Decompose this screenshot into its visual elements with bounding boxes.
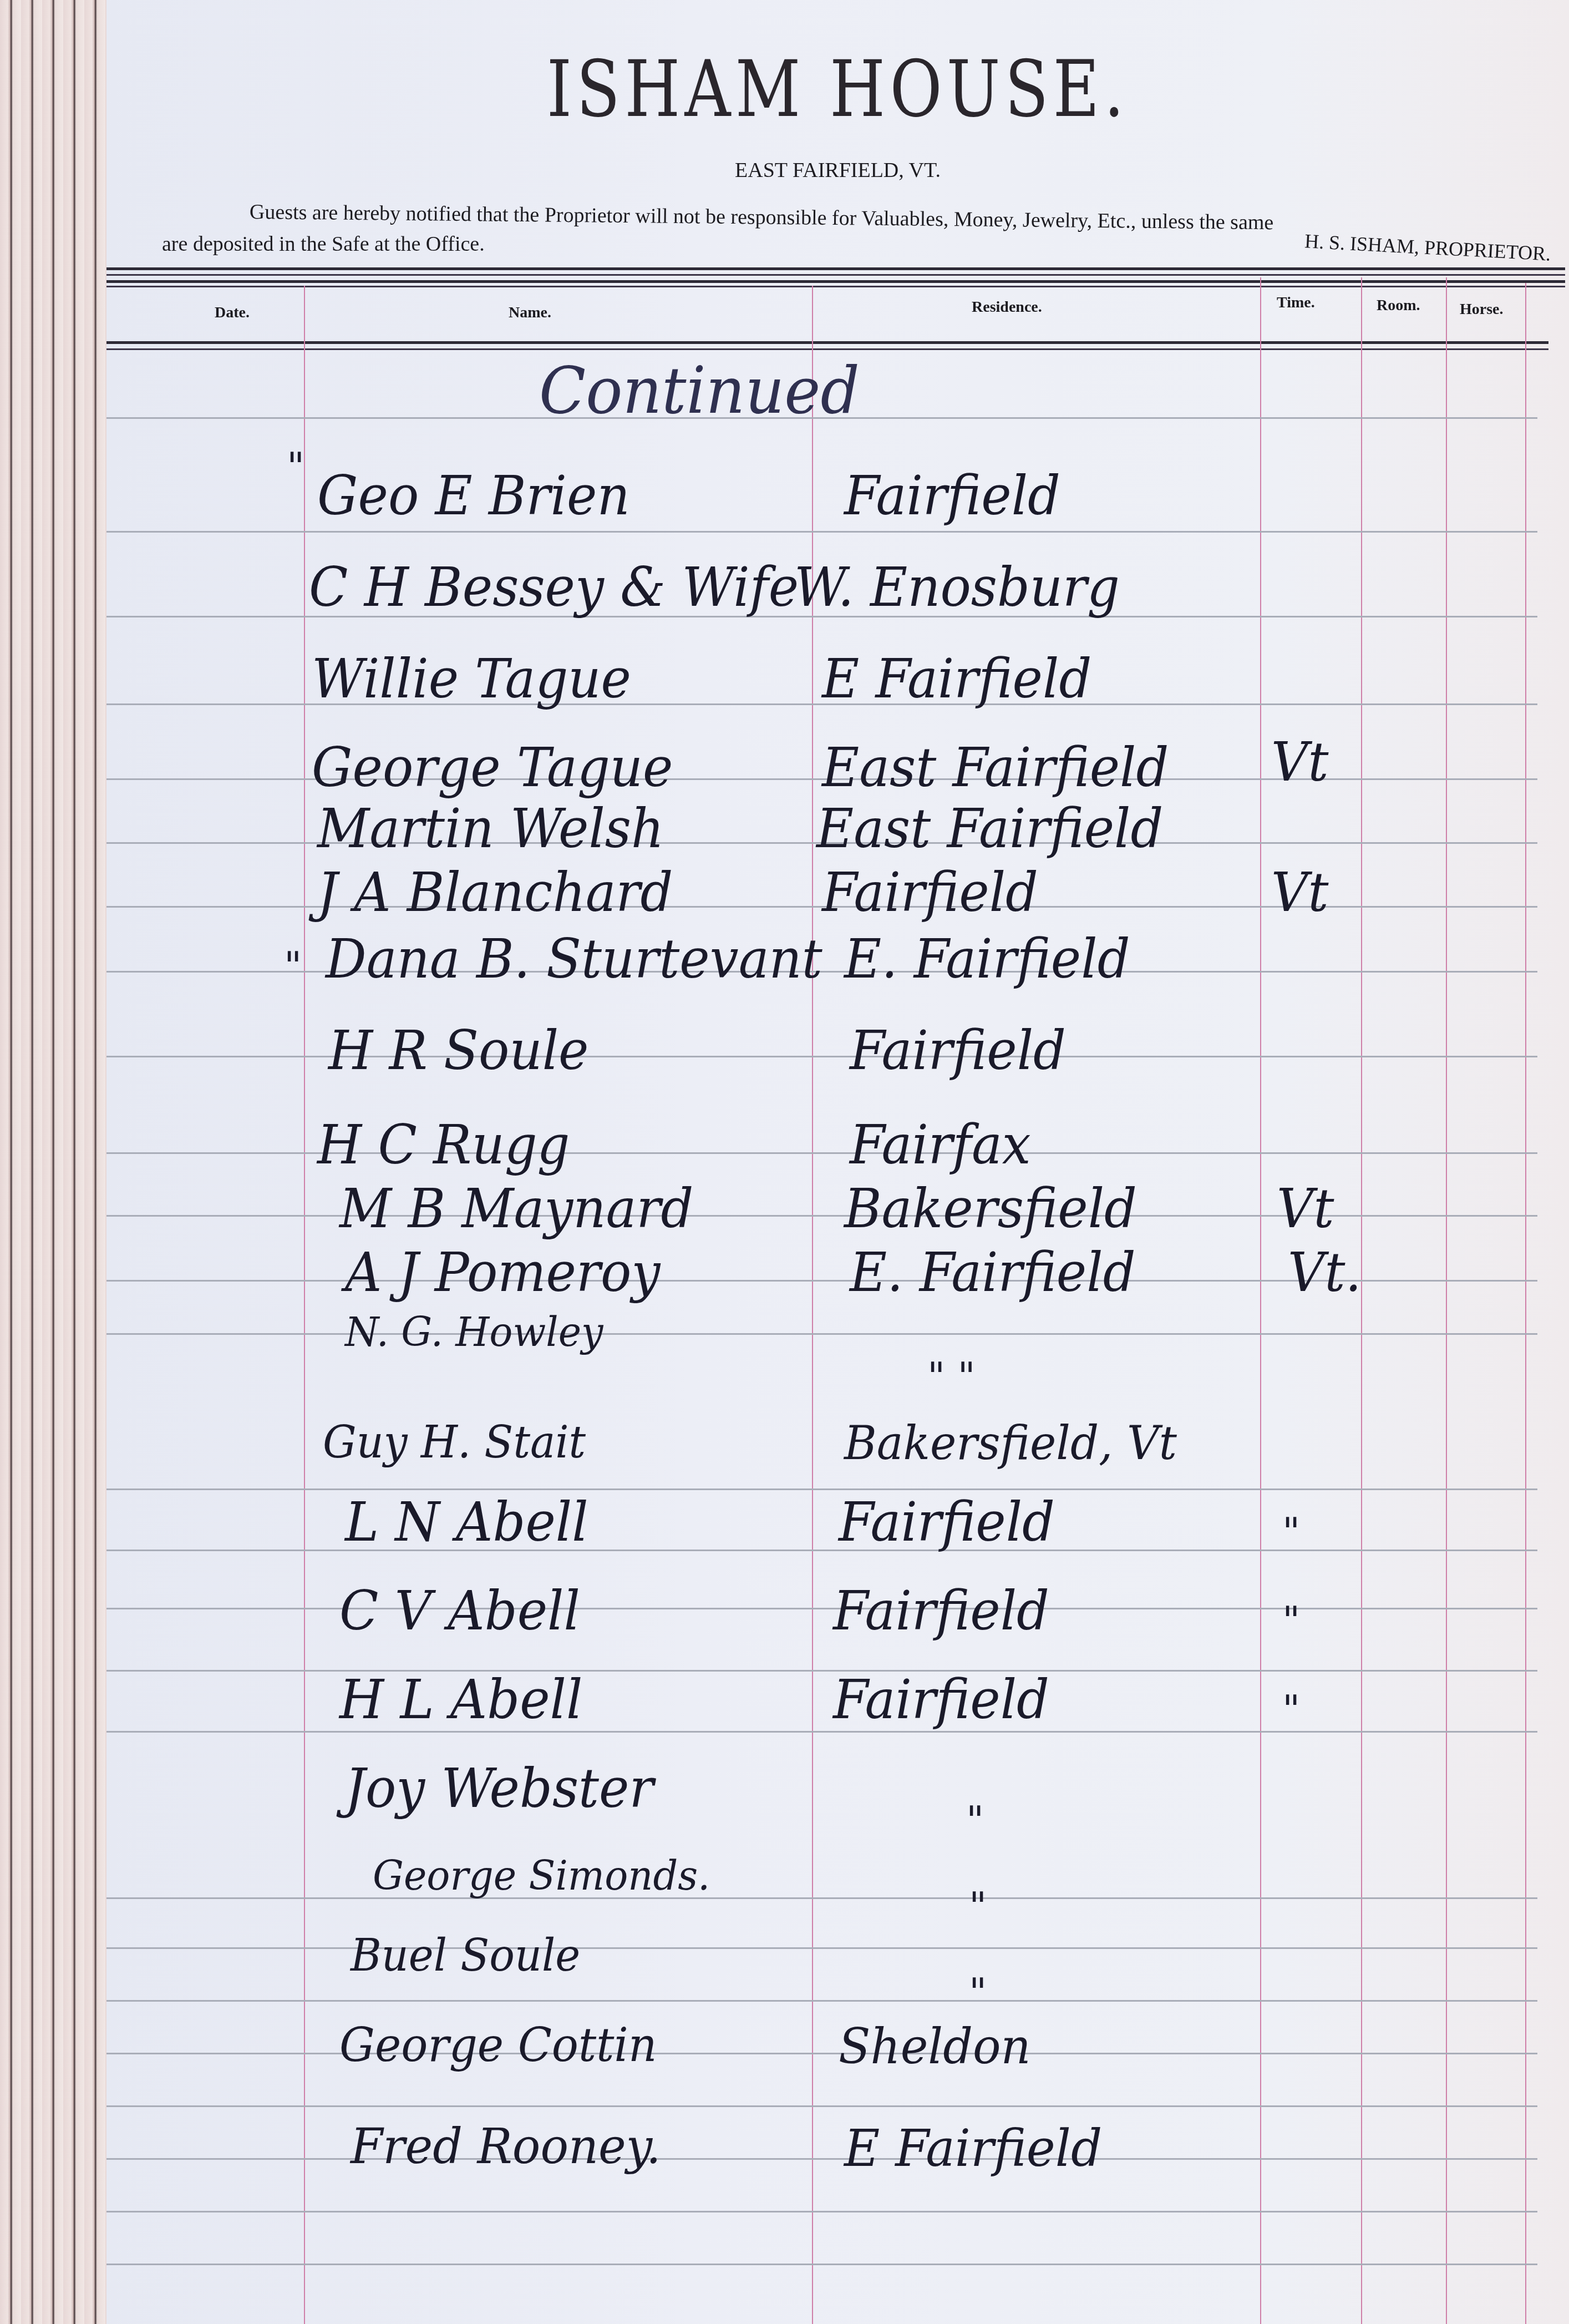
row-rule xyxy=(106,1947,1537,1949)
row-rule xyxy=(106,1731,1537,1733)
entry-name: J A Blanchard xyxy=(317,861,673,923)
entry-name: A J Pomeroy xyxy=(345,1241,660,1303)
entry-state: " xyxy=(1282,1687,1300,1732)
entry-residence: " xyxy=(969,1969,987,2015)
hotel-location: EAST FAIRFIELD, VT. xyxy=(106,158,1569,183)
entry-residence: Fairfield xyxy=(822,861,1038,923)
entry-name: Fred Rooney. xyxy=(351,2118,661,2175)
entry-residence: " " xyxy=(927,1354,976,1399)
row-rule xyxy=(106,1550,1537,1551)
entry-name: C H Bessey & Wife xyxy=(309,556,799,618)
entry-residence: Bakersfield, Vt xyxy=(844,1416,1177,1471)
entry-residence: E. Fairfield xyxy=(844,928,1130,990)
row-rule xyxy=(106,2158,1537,2160)
entry-residence: " xyxy=(969,1883,987,1929)
entry-residence: East Fairfield xyxy=(816,797,1163,859)
entry-name: Geo E Brien xyxy=(317,464,630,526)
register-page: ISHAM HOUSE. EAST FAIRFIELD, VT. Guests … xyxy=(106,0,1569,2324)
column-header-name: Name. xyxy=(509,304,551,322)
page-title: ISHAM HOUSE. xyxy=(238,44,1437,135)
proprietor-signature: H. S. ISHAM, PROPRIETOR. xyxy=(1304,229,1551,265)
entry-residence: E Fairfield xyxy=(844,2118,1102,2178)
row-rule xyxy=(106,1333,1537,1335)
header-rule-bottom-1 xyxy=(106,341,1548,344)
entry-name: N. G. Howley xyxy=(345,1308,603,1356)
entry-name: H L Abell xyxy=(339,1668,582,1730)
notice-line-2: are deposited in the Safe at the Office. xyxy=(162,232,485,256)
divider-room-horse xyxy=(1446,277,1447,2324)
entry-name: H R Soule xyxy=(328,1019,589,1081)
entry-residence: E Fairfield xyxy=(822,647,1091,710)
entry-state: " xyxy=(1282,1509,1300,1555)
column-header-time: Time. xyxy=(1277,294,1315,312)
divider-residence-time xyxy=(1260,277,1261,2324)
entry-residence: Fairfield xyxy=(833,1579,1049,1642)
entry-residence: E. Fairfield xyxy=(850,1241,1136,1303)
row-rule xyxy=(106,2211,1537,2212)
row-rule xyxy=(106,2264,1537,2265)
header-rule-top-4 xyxy=(106,286,1565,287)
header-rule-top-2 xyxy=(106,274,1565,276)
entry-name: Dana B. Sturtevant xyxy=(326,928,822,990)
row-rule xyxy=(106,1608,1537,1609)
entry-date: " xyxy=(284,943,302,989)
entry-name: Willie Tague xyxy=(312,647,631,710)
column-header-residence: Residence. xyxy=(972,298,1042,316)
row-rule xyxy=(106,1670,1537,1672)
entry-name: Buel Soule xyxy=(351,1930,580,1981)
divider-horse-end xyxy=(1525,283,1526,2324)
book-page-edges xyxy=(0,0,108,2324)
divider-date-name xyxy=(304,286,305,2324)
entry-name: George Cottin xyxy=(339,2018,657,2073)
continued-heading: Continued xyxy=(539,353,860,428)
column-header-room: Room. xyxy=(1377,297,1420,315)
entry-residence: Fairfield xyxy=(833,1668,1049,1730)
column-header-horse: Horse. xyxy=(1460,301,1504,318)
entry-name: L N Abell xyxy=(345,1491,588,1553)
row-rule xyxy=(106,1488,1537,1490)
entry-state: Vt xyxy=(1277,1177,1334,1239)
column-header-date: Date. xyxy=(215,304,250,322)
entry-name: M B Maynard xyxy=(339,1177,693,1239)
entry-residence: Fairfax xyxy=(850,1113,1031,1176)
entry-residence: Fairfield xyxy=(839,1491,1055,1553)
entry-state: Vt xyxy=(1271,731,1328,793)
entry-residence: Fairfield xyxy=(850,1019,1066,1081)
entry-state: Vt. xyxy=(1288,1241,1362,1303)
entry-residence: Fairfield xyxy=(844,464,1060,526)
entry-residence: Bakersfield xyxy=(844,1177,1137,1239)
row-rule xyxy=(106,1897,1537,1899)
row-rule xyxy=(106,2053,1537,2054)
row-rule xyxy=(106,2105,1537,2107)
entry-name: George Simonds. xyxy=(373,1852,710,1900)
entry-state: " xyxy=(1282,1598,1300,1643)
row-rule xyxy=(106,2000,1537,2002)
entry-residence: " xyxy=(966,1798,984,1843)
entry-name: Guy H. Stait xyxy=(323,1416,586,1468)
row-rule xyxy=(106,1056,1537,1057)
header-rule-bottom-2 xyxy=(106,348,1548,350)
entry-name: George Tague xyxy=(312,736,673,798)
entry-residence: W. Enosburg xyxy=(794,556,1120,618)
entry-name: Martin Welsh xyxy=(317,797,664,859)
header-rule-top-1 xyxy=(106,267,1565,270)
entry-residence: East Fairfield xyxy=(822,736,1169,798)
entry-name: Joy Webster xyxy=(345,1757,654,1819)
entry-residence: Sheldon xyxy=(839,2018,1031,2075)
notice-line-1: Guests are hereby notified that the Prop… xyxy=(250,200,1274,235)
entry-name: H C Rugg xyxy=(317,1113,570,1176)
entry-name: C V Abell xyxy=(339,1579,580,1642)
header-rule-top-3 xyxy=(106,280,1565,283)
entry-state: Vt xyxy=(1271,861,1328,923)
entry-date: " xyxy=(287,444,304,489)
row-rule xyxy=(106,531,1537,533)
